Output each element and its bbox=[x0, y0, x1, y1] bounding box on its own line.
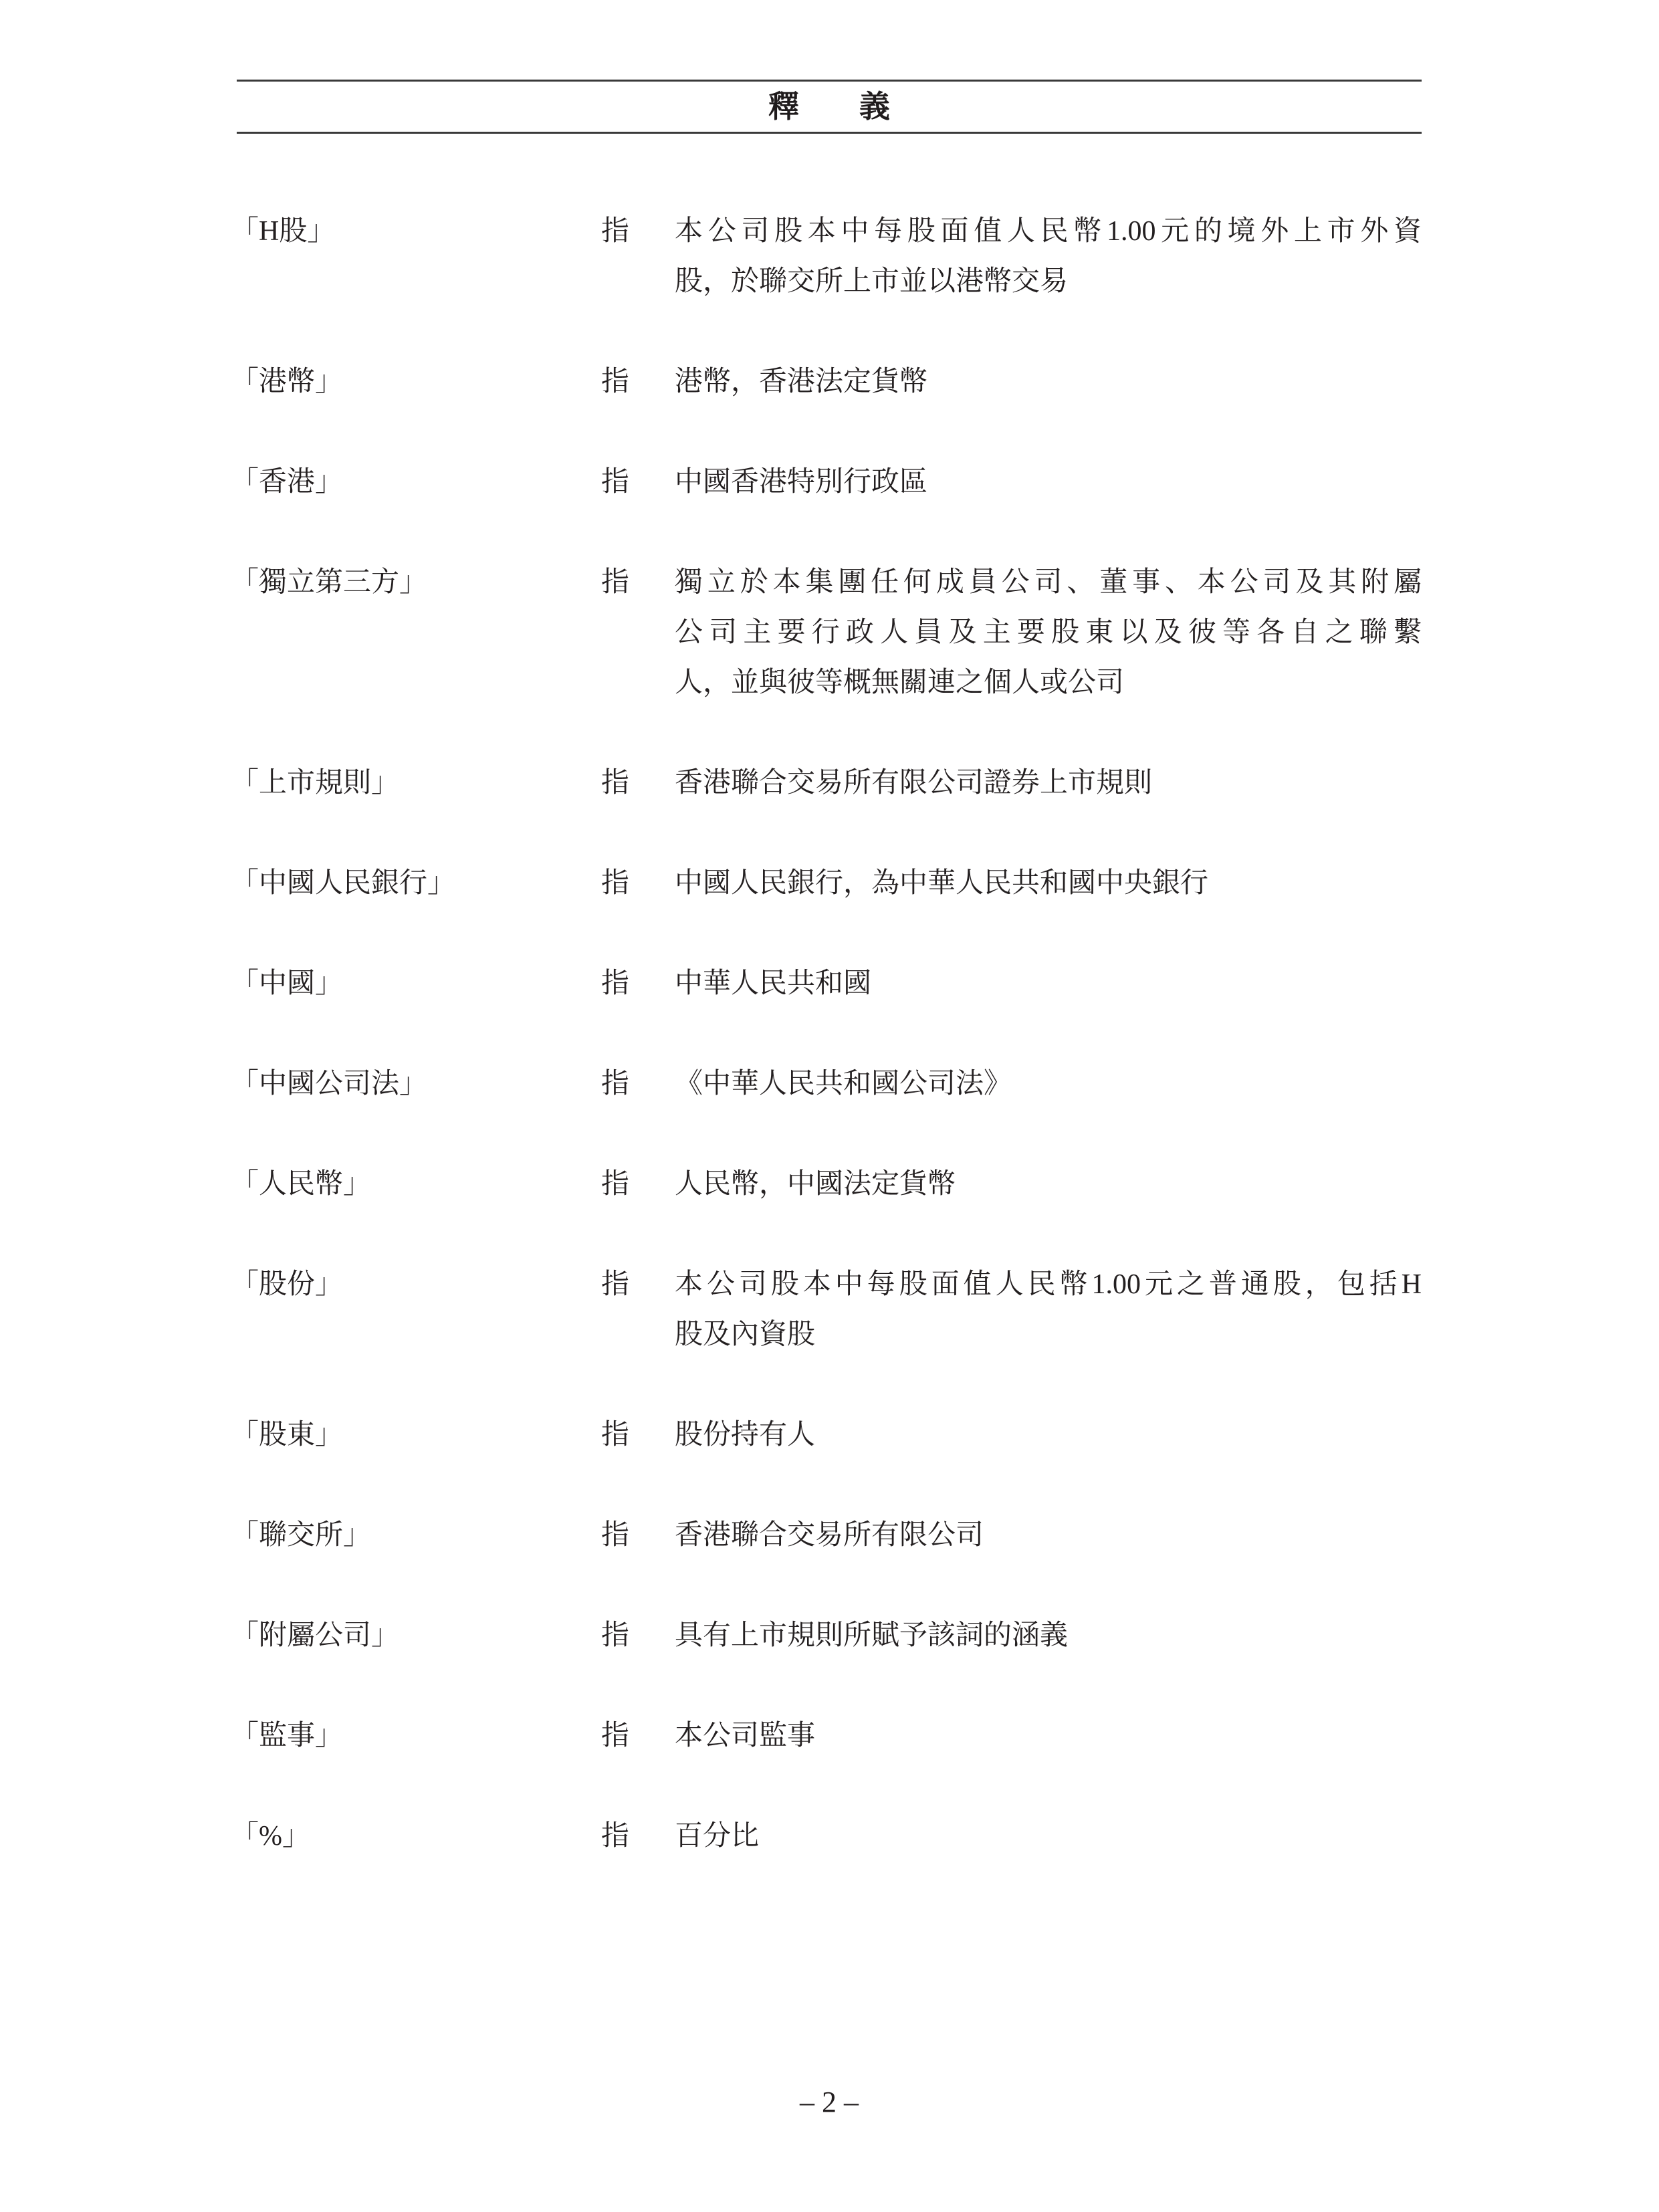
page-number: – 2 – bbox=[237, 2084, 1422, 2121]
definition-entry: 「附屬公司」 指 具有上市規則所賦予該詞的涵義 bbox=[231, 1611, 1422, 1661]
definition-term: 「港幣」 bbox=[231, 357, 601, 407]
definition-line: 中國人民銀行，為中華人民共和國中央銀行 bbox=[675, 859, 1422, 909]
means-connector: 指 bbox=[601, 1511, 675, 1561]
page-title: 釋義 bbox=[237, 87, 1422, 127]
definition-line: 股份持有人 bbox=[675, 1410, 1422, 1460]
means-connector: 指 bbox=[601, 1260, 675, 1310]
definition-entry: 「聯交所」 指 香港聯合交易所有限公司 bbox=[231, 1511, 1422, 1561]
definition-term: 「股份」 bbox=[231, 1260, 601, 1310]
definition-entry: 「人民幣」 指 人民幣，中國法定貨幣 bbox=[231, 1159, 1422, 1210]
definition-line: 中國香港特別行政區 bbox=[675, 457, 1422, 508]
definition-entry: 「上市規則」 指 香港聯合交易所有限公司證券上市規則 bbox=[231, 758, 1422, 808]
definition-entry: 「監事」 指 本公司監事 bbox=[231, 1711, 1422, 1761]
definition-line: 本公司監事 bbox=[675, 1711, 1422, 1761]
definition-term: 「中國公司法」 bbox=[231, 1059, 601, 1109]
header-rule-top bbox=[237, 80, 1422, 82]
definition-entry: 「股東」 指 股份持有人 bbox=[231, 1410, 1422, 1460]
definition-text: 股份持有人 bbox=[675, 1410, 1422, 1460]
definition-text: 具有上市規則所賦予該詞的涵義 bbox=[675, 1611, 1422, 1661]
definition-line: 公司主要行政人員及主要股東以及彼等各自之聯繫 bbox=[675, 608, 1422, 658]
definition-term: 「中國人民銀行」 bbox=[231, 859, 601, 909]
header-rule-bottom bbox=[237, 132, 1422, 134]
definition-text: 本公司股本中每股面值人民幣1.00元之普通股，包括H股及內資股 bbox=[675, 1260, 1422, 1360]
definition-entry: 「獨立第三方」 指 獨立於本集團任何成員公司、董事、本公司及其附屬公司主要行政人… bbox=[231, 558, 1422, 708]
definition-text: 人民幣，中國法定貨幣 bbox=[675, 1159, 1422, 1210]
definition-entry: 「中國人民銀行」 指 中國人民銀行，為中華人民共和國中央銀行 bbox=[231, 859, 1422, 909]
definition-line: 香港聯合交易所有限公司證券上市規則 bbox=[675, 758, 1422, 808]
definition-entry: 「香港」 指 中國香港特別行政區 bbox=[231, 457, 1422, 508]
means-connector: 指 bbox=[601, 758, 675, 808]
definition-entry: 「港幣」 指 港幣，香港法定貨幣 bbox=[231, 357, 1422, 407]
means-connector: 指 bbox=[601, 357, 675, 407]
definition-text: 本公司監事 bbox=[675, 1711, 1422, 1761]
definition-line: 中華人民共和國 bbox=[675, 959, 1422, 1009]
means-connector: 指 bbox=[601, 1711, 675, 1761]
definition-entry: 「股份」 指 本公司股本中每股面值人民幣1.00元之普通股，包括H股及內資股 bbox=[231, 1260, 1422, 1360]
definition-term: 「獨立第三方」 bbox=[231, 558, 601, 608]
definition-line: 《中華人民共和國公司法》 bbox=[675, 1059, 1422, 1109]
definition-line: 獨立於本集團任何成員公司、董事、本公司及其附屬 bbox=[675, 558, 1422, 608]
definition-line: 香港聯合交易所有限公司 bbox=[675, 1511, 1422, 1561]
definition-entry: 「中國公司法」 指 《中華人民共和國公司法》 bbox=[231, 1059, 1422, 1109]
definition-term: 「聯交所」 bbox=[231, 1511, 601, 1561]
definition-term: 「上市規則」 bbox=[231, 758, 601, 808]
definition-text: 《中華人民共和國公司法》 bbox=[675, 1059, 1422, 1109]
definition-line: 本公司股本中每股面值人民幣1.00元的境外上市外資 bbox=[675, 207, 1422, 257]
definition-line: 人，並與彼等概無關連之個人或公司 bbox=[675, 658, 1422, 708]
definition-text: 港幣，香港法定貨幣 bbox=[675, 357, 1422, 407]
definition-line: 本公司股本中每股面值人民幣1.00元之普通股，包括H bbox=[675, 1260, 1422, 1310]
definition-text: 香港聯合交易所有限公司證券上市規則 bbox=[675, 758, 1422, 808]
definition-line: 百分比 bbox=[675, 1811, 1422, 1862]
definition-entry: 「中國」 指 中華人民共和國 bbox=[231, 959, 1422, 1009]
definition-term: 「股東」 bbox=[231, 1410, 601, 1460]
means-connector: 指 bbox=[601, 1159, 675, 1210]
definition-line: 具有上市規則所賦予該詞的涵義 bbox=[675, 1611, 1422, 1661]
definition-line: 股，於聯交所上市並以港幣交易 bbox=[675, 257, 1422, 307]
means-connector: 指 bbox=[601, 1611, 675, 1661]
definitions-list: 「H股」 指 本公司股本中每股面值人民幣1.00元的境外上市外資股，於聯交所上市… bbox=[231, 207, 1422, 1912]
definition-text: 中國香港特別行政區 bbox=[675, 457, 1422, 508]
definition-term: 「%」 bbox=[231, 1811, 601, 1862]
definition-term: 「人民幣」 bbox=[231, 1159, 601, 1210]
definition-text: 香港聯合交易所有限公司 bbox=[675, 1511, 1422, 1561]
definition-entry: 「%」 指 百分比 bbox=[231, 1811, 1422, 1862]
means-connector: 指 bbox=[601, 207, 675, 257]
means-connector: 指 bbox=[601, 457, 675, 508]
definition-term: 「香港」 bbox=[231, 457, 601, 508]
definition-line: 港幣，香港法定貨幣 bbox=[675, 357, 1422, 407]
definition-term: 「監事」 bbox=[231, 1711, 601, 1761]
definition-term: 「中國」 bbox=[231, 959, 601, 1009]
definition-term: 「附屬公司」 bbox=[231, 1611, 601, 1661]
definition-text: 本公司股本中每股面值人民幣1.00元的境外上市外資股，於聯交所上市並以港幣交易 bbox=[675, 207, 1422, 307]
means-connector: 指 bbox=[601, 859, 675, 909]
means-connector: 指 bbox=[601, 1811, 675, 1862]
means-connector: 指 bbox=[601, 959, 675, 1009]
definition-text: 獨立於本集團任何成員公司、董事、本公司及其附屬公司主要行政人員及主要股東以及彼等… bbox=[675, 558, 1422, 708]
means-connector: 指 bbox=[601, 1410, 675, 1460]
definition-entry: 「H股」 指 本公司股本中每股面值人民幣1.00元的境外上市外資股，於聯交所上市… bbox=[231, 207, 1422, 307]
means-connector: 指 bbox=[601, 1059, 675, 1109]
definition-text: 中華人民共和國 bbox=[675, 959, 1422, 1009]
definition-line: 股及內資股 bbox=[675, 1310, 1422, 1360]
means-connector: 指 bbox=[601, 558, 675, 608]
definition-term: 「H股」 bbox=[231, 207, 601, 257]
definition-line: 人民幣，中國法定貨幣 bbox=[675, 1159, 1422, 1210]
definition-text: 百分比 bbox=[675, 1811, 1422, 1862]
definition-text: 中國人民銀行，為中華人民共和國中央銀行 bbox=[675, 859, 1422, 909]
